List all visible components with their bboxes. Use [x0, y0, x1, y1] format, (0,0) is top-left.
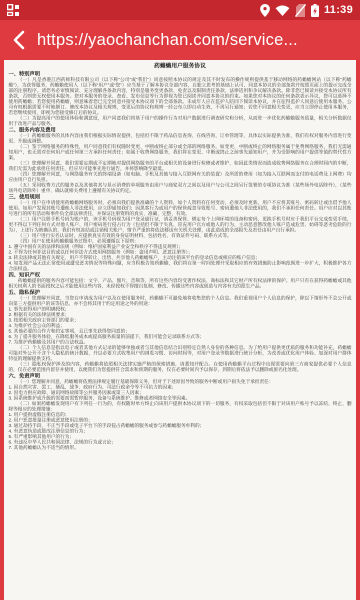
- url-text[interactable]: https://yaochanchan.com/service...: [37, 31, 347, 50]
- agreement-paragraph: （二）用户注册手机号码为账户的，该手机号码视为用户登录通行证，请妥善保管、绑定每…: [9, 217, 352, 234]
- list-item: 7. 其他药蟾蟾认为不适当的情形。: [9, 445, 352, 451]
- agreement-paragraph: （二）个人信息是指以电子或者其他方式记录的能够单独或者与其他信息结合识别特定自然…: [9, 345, 352, 362]
- agreement-paragraph: （二）如果药蟾蟾发现用户有下列任一行为的，有权随时单方终止向该用户提供本协议项下…: [9, 401, 352, 412]
- browser-nav-bar: https://yaochanchan.com/service...: [0, 20, 360, 60]
- agreement-paragraph: （一）凡是香港江西药师科技有限公司（以下称“公司”或“我们”）同意按照本协议的规…: [9, 77, 352, 116]
- list-item: 4. 如发现产品无法正常使用或遭受恶劣情况等特殊问题，应当积极告知药蟾蟾，我们将…: [9, 261, 352, 272]
- app-grid-icon: [7, 4, 19, 16]
- document-page[interactable]: 药蟾蟾用户服务协议 一、特别声明（一）凡是香港江西药师科技有限公司（以下称“公司…: [0, 60, 360, 600]
- agreement-paragraph: （三）您理解并同意，我们需要定期或不定期地对提供网络服务的平台或相关的设备进行检…: [9, 161, 352, 172]
- agreement-paragraph: （三）隐私权保护涉及的内容，药蟾蟾将依照相关法律实施严格的保密措施，请悉知并配合…: [9, 362, 352, 373]
- back-button[interactable]: [13, 30, 25, 50]
- agreement-paragraph: （二）鉴于网络服务的特殊性，用户同意我们有权随时变更、中断或终止部分或全部的网络…: [9, 144, 352, 161]
- phone-screen: 11:39 https://yaochanchan.com/service...…: [0, 0, 360, 600]
- agreement-paragraph: 药蟾蟾提供的服务内容可能包括：文字、产品、图片、音频等，所有这些内容均受著作权法…: [9, 278, 352, 289]
- status-time: 11:39: [324, 4, 353, 16]
- status-bar-left: [7, 4, 19, 16]
- agreement-paragraph: （四）您理解并同意，与网络服务有关的终端设备（如电脑、手机及其他与接入互联网有关…: [9, 172, 352, 183]
- status-bar-right: 11:39: [260, 4, 353, 17]
- status-bar: 11:39: [0, 0, 360, 20]
- agreement-paragraph: （五）采用收费方式的服务以及其他将其与显示消费的单项服务由用户与商家双方之间以及…: [9, 183, 352, 194]
- agreement-content: 药蟾蟾用户服务协议 一、特别声明（一）凡是香港江西药师科技有限公司（以下称“公司…: [4, 60, 356, 456]
- agreement-paragraph: （一）药蟾蟾服务的具体内容由我们根据实际情况提供，包括但不限于药品信息查询、在线…: [9, 133, 352, 144]
- agreement-body: 一、特别声明（一）凡是香港江西药师科技有限公司（以下称“公司”或“我们”）同意按…: [9, 72, 352, 451]
- back-chevron-icon: [13, 30, 25, 50]
- agreement-paragraph: （二）为提高用户的使用体验和满意度，用户同意我们将基于用户的操作行为对用户数据进…: [9, 116, 352, 127]
- wifi-icon: [275, 4, 290, 16]
- agreement-paragraph: （一）用户在申请使用药蟾蟾网络服务时，必须向我们提供准确的个人资料，如个人资料有…: [9, 200, 352, 217]
- battery-charging-icon: [311, 4, 319, 17]
- location-icon: [260, 4, 270, 17]
- no-sim-icon: [295, 4, 306, 17]
- agreement-paper: 药蟾蟾用户服务协议 一、特别声明（一）凡是香港江西药师科技有限公司（以下称“公司…: [4, 60, 356, 600]
- document-title: 药蟾蟾用户服务协议: [9, 64, 352, 70]
- agreement-paragraph: （一）您理解并同意，当您在申请成为用户以及在使用服务时，药蟾蟾不可避免地将收集您…: [9, 296, 352, 307]
